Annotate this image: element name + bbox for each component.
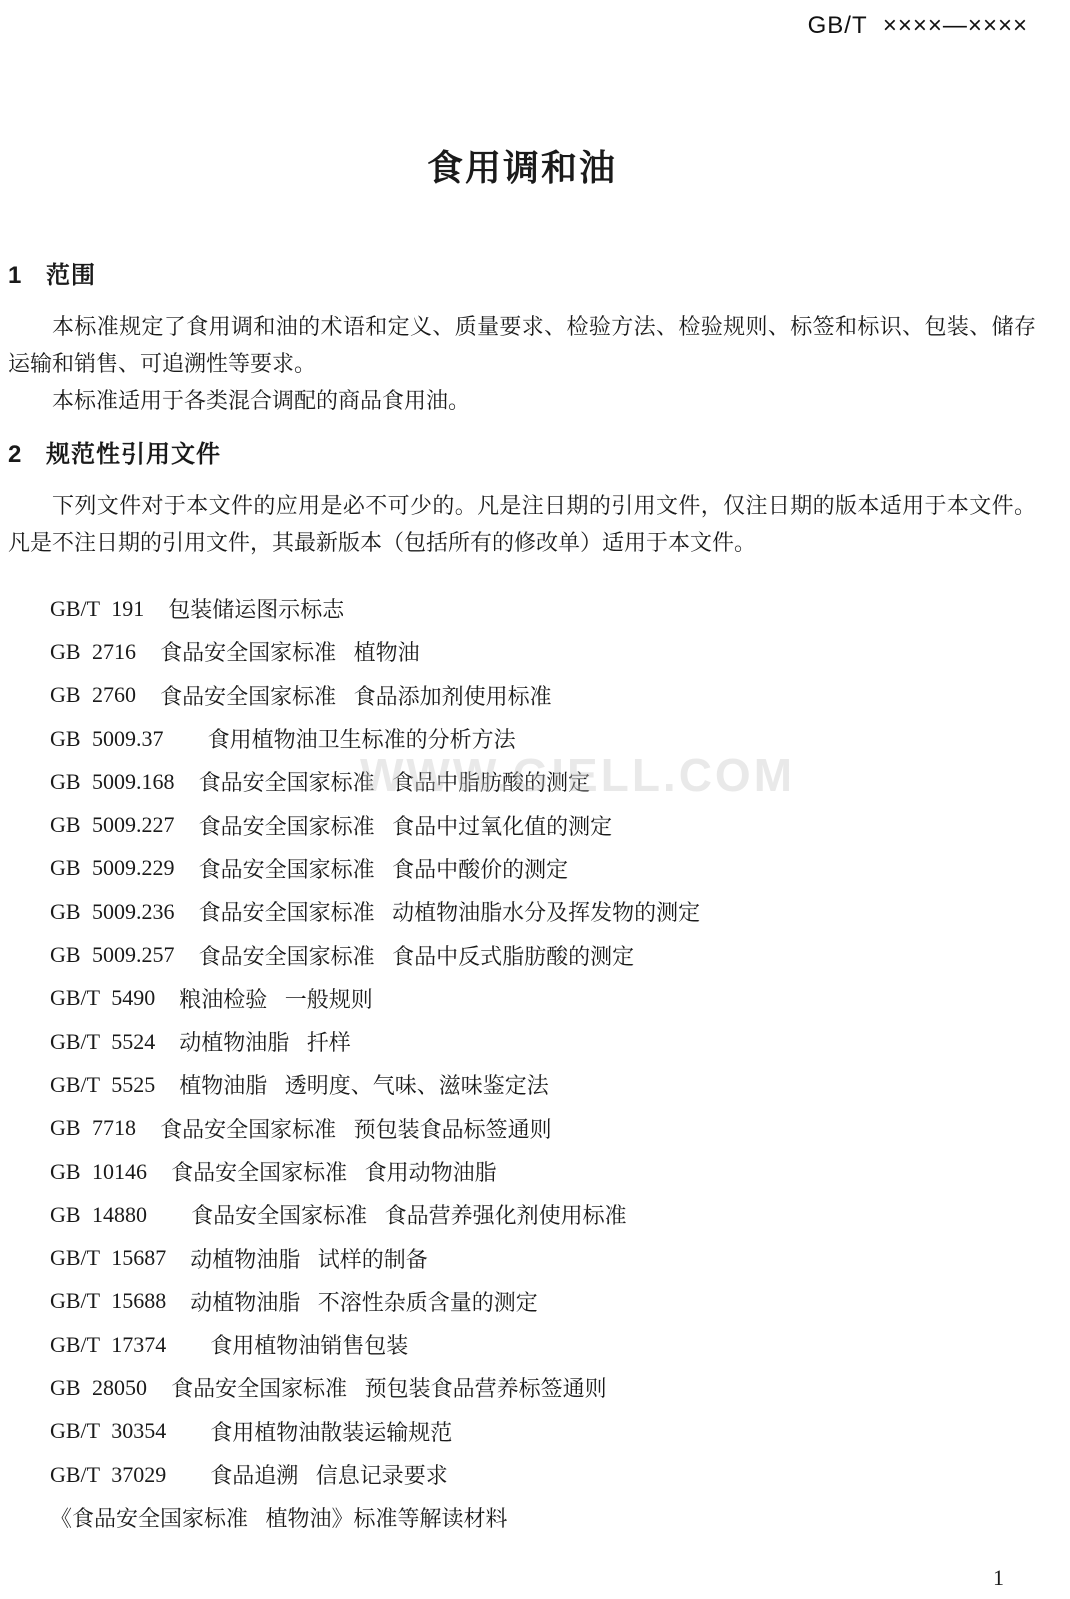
reference-item: GB/T 191 包装储运图示标志 xyxy=(50,587,1036,630)
reference-item: GB 7718 食品安全国家标准 预包装食品标签通则 xyxy=(50,1107,1036,1150)
reference-item: GB 5009.257 食品安全国家标准 食品中反式脂肪酸的测定 xyxy=(50,933,1036,976)
reference-title: 食品安全国家标准 植物油 xyxy=(160,636,420,667)
section-normative-references: 2规范性引用文件 下列文件对于本文件的应用是必不可少的。凡是注日期的引用文件，仅… xyxy=(8,434,1036,1540)
reference-item: 《食品安全国家标准 植物油》标准等解读材料 xyxy=(50,1496,1036,1539)
standard-number: GB/T ××××—×××× xyxy=(808,12,1028,39)
reference-code: GB/T 37029 xyxy=(50,1462,166,1488)
reference-item: GB 5009.37 食用植物油卫生标准的分析方法 xyxy=(50,717,1036,760)
reference-item: GB 5009.168 食品安全国家标准 食品中脂肪酸的测定 xyxy=(50,760,1036,803)
section-2-heading: 2规范性引用文件 xyxy=(8,434,1036,469)
reference-title: 食品安全国家标准 食品中过氧化值的测定 xyxy=(199,810,613,841)
reference-item: GB/T 30354 食用植物油散装运输规范 xyxy=(50,1410,1036,1453)
reference-code: GB 10146 xyxy=(50,1159,147,1185)
reference-code: GB/T 15687 xyxy=(50,1245,166,1271)
reference-code: GB 5009.257 xyxy=(50,942,175,968)
reference-code: GB/T 17374 xyxy=(50,1332,166,1358)
references-intro-paragraph: 下列文件对于本文件的应用是必不可少的。凡是注日期的引用文件，仅注日期的版本适用于… xyxy=(8,487,1036,561)
reference-item: GB 2716 食品安全国家标准 植物油 xyxy=(50,630,1036,673)
reference-code: GB/T 191 xyxy=(50,596,144,622)
reference-item: GB/T 5525 植物油脂 透明度、气味、滋味鉴定法 xyxy=(50,1063,1036,1106)
document-page: GB/T ××××—×××× 食用调和油 1范围 本标准规定了食用调和油的术语和… xyxy=(0,0,1070,1599)
reference-item: GB 2760 食品安全国家标准 食品添加剂使用标准 xyxy=(50,674,1036,717)
reference-code: GB/T 5525 xyxy=(50,1072,155,1098)
reference-title: 食品追溯 信息记录要求 xyxy=(210,1459,448,1490)
reference-item: GB/T 37029 食品追溯 信息记录要求 xyxy=(50,1453,1036,1496)
reference-item: GB 5009.227 食品安全国家标准 食品中过氧化值的测定 xyxy=(50,803,1036,846)
reference-item: GB/T 15688 动植物油脂 不溶性杂质含量的测定 xyxy=(50,1280,1036,1323)
reference-title: 食品安全国家标准 预包装食品营养标签通则 xyxy=(171,1372,607,1403)
reference-title: 食用植物油销售包装 xyxy=(210,1329,408,1360)
reference-code: GB/T 30354 xyxy=(50,1418,166,1444)
reference-item: GB 5009.229 食品安全国家标准 食品中酸价的测定 xyxy=(50,847,1036,890)
reference-item: GB 5009.236 食品安全国家标准 动植物油脂水分及挥发物的测定 xyxy=(50,890,1036,933)
section-2-title: 规范性引用文件 xyxy=(46,441,221,468)
reference-item: GB 10146 食品安全国家标准 食用动物油脂 xyxy=(50,1150,1036,1193)
reference-title: 食品安全国家标准 食品中脂肪酸的测定 xyxy=(199,766,591,797)
reference-code: GB 5009.236 xyxy=(50,899,175,925)
reference-title: 食品安全国家标准 动植物油脂水分及挥发物的测定 xyxy=(199,896,701,927)
reference-code: GB 7718 xyxy=(50,1115,136,1141)
reference-code: GB 5009.37 xyxy=(50,726,164,752)
reference-title: 食品安全国家标准 食品营养强化剂使用标准 xyxy=(191,1199,627,1230)
reference-code: GB 28050 xyxy=(50,1375,147,1401)
section-scope: 1范围 本标准规定了食用调和油的术语和定义、质量要求、检验方法、检验规则、标签和… xyxy=(8,255,1036,419)
scope-paragraph-1: 本标准规定了食用调和油的术语和定义、质量要求、检验方法、检验规则、标签和标识、包… xyxy=(8,308,1036,382)
reference-code: GB/T 15688 xyxy=(50,1288,166,1314)
reference-title: 食品安全国家标准 食品中反式脂肪酸的测定 xyxy=(199,940,635,971)
section-1-title: 范围 xyxy=(46,262,96,289)
section-1-heading: 1范围 xyxy=(8,255,1036,290)
reference-list: GB/T 191 包装储运图示标志 GB 2716 食品安全国家标准 植物油 G… xyxy=(8,587,1036,1540)
reference-title: 食品安全国家标准 食品添加剂使用标准 xyxy=(160,680,552,711)
document-title: 食用调和油 xyxy=(8,140,1036,191)
section-2-number: 2 xyxy=(8,441,46,469)
reference-item: GB/T 5490 粮油检验 一般规则 xyxy=(50,977,1036,1020)
reference-code: GB/T 5524 xyxy=(50,1029,155,1055)
reference-title: 动植物油脂 扦样 xyxy=(179,1026,351,1057)
reference-item: GB/T 5524 动植物油脂 扦样 xyxy=(50,1020,1036,1063)
reference-code: GB 5009.229 xyxy=(50,855,175,881)
reference-code: GB 2716 xyxy=(50,639,136,665)
reference-title: 食品安全国家标准 食品中酸价的测定 xyxy=(199,853,569,884)
reference-title: 粮油检验 一般规则 xyxy=(179,983,373,1014)
reference-title: 食用植物油散装运输规范 xyxy=(210,1416,452,1447)
reference-code: GB 2760 xyxy=(50,682,136,708)
reference-code: GB 5009.168 xyxy=(50,769,175,795)
reference-title: 食品安全国家标准 食用动物油脂 xyxy=(171,1156,497,1187)
reference-code: GB/T 5490 xyxy=(50,985,155,1011)
section-1-number: 1 xyxy=(8,262,46,290)
reference-title: 动植物油脂 试样的制备 xyxy=(190,1243,428,1274)
doc-header: GB/T ××××—×××× xyxy=(8,12,1036,40)
reference-title: 食品安全国家标准 预包装食品标签通则 xyxy=(160,1113,552,1144)
reference-title: 包装储运图示标志 xyxy=(168,593,344,624)
reference-title: 食用植物油卫生标准的分析方法 xyxy=(208,723,516,754)
reference-code: GB 5009.227 xyxy=(50,812,175,838)
reference-item: GB/T 15687 动植物油脂 试样的制备 xyxy=(50,1236,1036,1279)
reference-code: GB 14880 xyxy=(50,1202,147,1228)
reference-item: GB/T 17374 食用植物油销售包装 xyxy=(50,1323,1036,1366)
scope-paragraph-2: 本标准适用于各类混合调配的商品食用油。 xyxy=(8,382,1036,419)
reference-item: GB 28050 食品安全国家标准 预包装食品营养标签通则 xyxy=(50,1366,1036,1409)
reference-title: 动植物油脂 不溶性杂质含量的测定 xyxy=(190,1286,538,1317)
reference-title: 《食品安全国家标准 植物油》标准等解读材料 xyxy=(50,1502,508,1533)
reference-title: 植物油脂 透明度、气味、滋味鉴定法 xyxy=(179,1069,549,1100)
page-number: 1 xyxy=(993,1565,1004,1591)
reference-item: GB 14880 食品安全国家标准 食品营养强化剂使用标准 xyxy=(50,1193,1036,1236)
